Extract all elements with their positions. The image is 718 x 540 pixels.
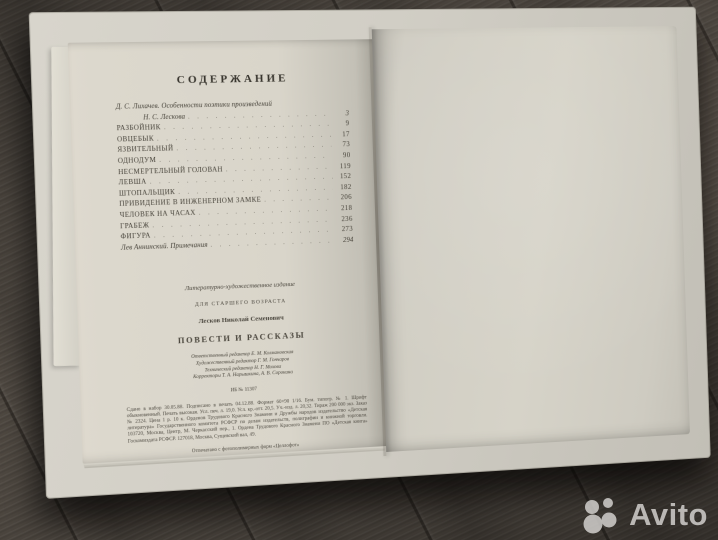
dot-leader (264, 196, 333, 205)
book-title-line: ПОВЕСТИ И РАССКАЗЫ (124, 328, 357, 348)
toc-item-page: 9 (333, 120, 349, 128)
imprint-paragraph: Сдано в набор 30.05.88. Подписано в печа… (127, 396, 368, 446)
toc-item-title: ЛЕВША (119, 179, 147, 187)
toc-item-title: ШТОПАЛЬЩИК (119, 189, 175, 198)
toc-item-page: 182 (336, 184, 352, 192)
toc-item-title: ПРИВИДЕНИЕ В ИНЖЕНЕРНОМ ЗАМКЕ (119, 197, 261, 209)
editors-list: Ответственный редактор Е. М. Колмановска… (125, 347, 358, 386)
toc-item-title: Д. С. Лихачев. Особенности поэтики произ… (116, 101, 272, 111)
toc-item-page: 90 (335, 152, 351, 160)
colophon-block: Литературно-художественное издание ДЛЯ С… (122, 278, 360, 457)
toc-heading: СОДЕРЖАНИЕ (115, 71, 348, 87)
toc-item-title: ГРАБЕЖ (120, 222, 150, 230)
toc-item-page: 119 (335, 163, 351, 171)
open-book: СОДЕРЖАНИЕ Д. С. Лихачев. Особенности по… (29, 7, 711, 499)
toc-item-title: РАЗБОЙНИК (117, 124, 161, 132)
photo-background: СОДЕРЖАНИЕ Д. С. Лихачев. Особенности по… (0, 0, 718, 540)
dot-leader (188, 111, 330, 121)
toc-item-page: 152 (335, 173, 351, 181)
author-line: Лесков Николай Семенович (124, 311, 357, 328)
toc-item-title: ЯЗВИТЕЛЬНЫЙ (117, 146, 173, 155)
right-page-blank (372, 26, 690, 452)
toc-item-title: ЧЕЛОВЕК НА ЧАСАХ (120, 210, 196, 220)
edition-type-line: Литературно-художественное издание (122, 278, 355, 294)
avito-watermark: Avito (580, 496, 708, 534)
left-page-contents: СОДЕРЖАНИЕ Д. С. Лихачев. Особенности по… (68, 39, 386, 464)
dot-leader (226, 164, 332, 174)
avito-watermark-text: Avito (629, 497, 708, 533)
toc-item-page: 3 (333, 110, 349, 117)
toc-item-page: 206 (336, 194, 352, 202)
toc-item-page: 273 (337, 226, 353, 234)
toc-item-page: 236 (337, 215, 353, 223)
toc-list: Д. С. Лихачев. Особенности поэтики произ… (116, 99, 354, 252)
toc-item-title: Лев Аннинский. Примечания (121, 241, 208, 251)
toc-item-title: ОДНОДУМ (118, 157, 157, 165)
toc-item-page: 218 (336, 205, 352, 213)
avito-logo-icon (580, 496, 622, 534)
toc-item-title: НЕСМЕРТЕЛЬНЫЙ ГОЛОВАН (118, 166, 223, 176)
toc-item-title: ФИГУРА (120, 233, 151, 241)
toc-item-page: 73 (334, 142, 350, 150)
toc-item-title: ОВЦЕБЫК (117, 135, 154, 143)
toc-item-page: 294 (338, 236, 354, 244)
ib-number-line: ИБ № 11307 (126, 382, 358, 399)
toc-item-title: Н. С. Лескова (143, 113, 185, 121)
age-note-line: ДЛЯ СТАРШЕГО ВОЗРАСТА (123, 295, 356, 311)
left-page-content: СОДЕРЖАНИЕ Д. С. Лихачев. Особенности по… (68, 39, 386, 464)
toc-item-page: 17 (334, 131, 350, 139)
dot-leader (211, 238, 335, 250)
